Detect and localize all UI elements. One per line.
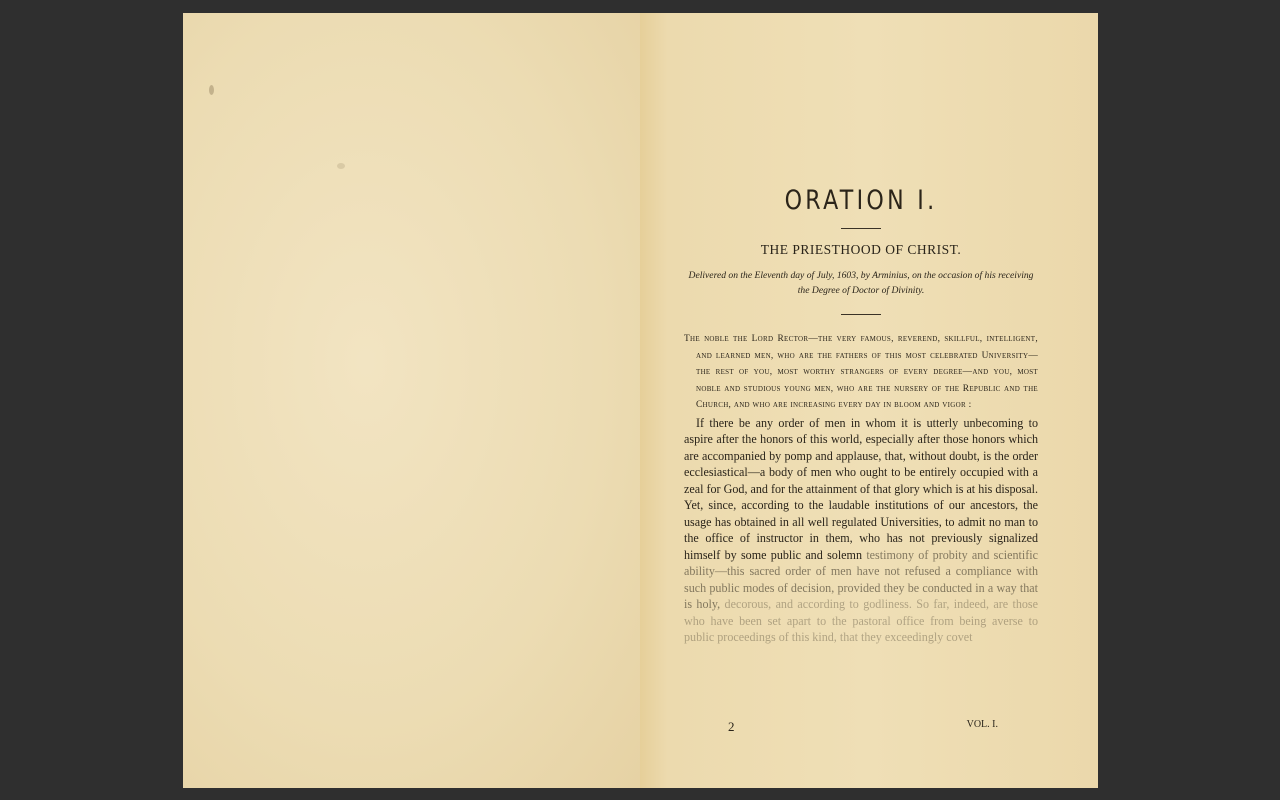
section-divider [841,314,881,315]
body-paragraph: If there be any order of men in whom it … [684,415,1038,646]
volume-signature: VOL. I. [967,719,998,735]
delivered-note: Delivered on the Eleventh day of July, 1… [684,268,1038,298]
oration-title: ORATION I. [716,185,1006,216]
page-number: 2 [728,719,735,735]
body-text-very-faded: decorous, and according to godliness. So… [684,597,1038,644]
salutation-address: The noble the Lord Rector—the very famou… [684,331,1038,414]
left-page-blank [183,13,640,788]
right-page: ORATION I. THE PRIESTHOOD OF CHRIST. Del… [640,13,1098,788]
page-content: ORATION I. THE PRIESTHOOD OF CHRIST. Del… [684,185,1038,646]
page-footer: 2 VOL. I. [728,719,998,735]
body-text-clear: If there be any order of men in whom it … [684,416,1038,562]
paper-stain [337,163,345,169]
oration-subtitle: THE PRIESTHOOD OF CHRIST. [684,242,1038,258]
title-divider [841,228,881,229]
paper-stain [209,85,214,95]
book-spread: ORATION I. THE PRIESTHOOD OF CHRIST. Del… [183,13,1098,788]
